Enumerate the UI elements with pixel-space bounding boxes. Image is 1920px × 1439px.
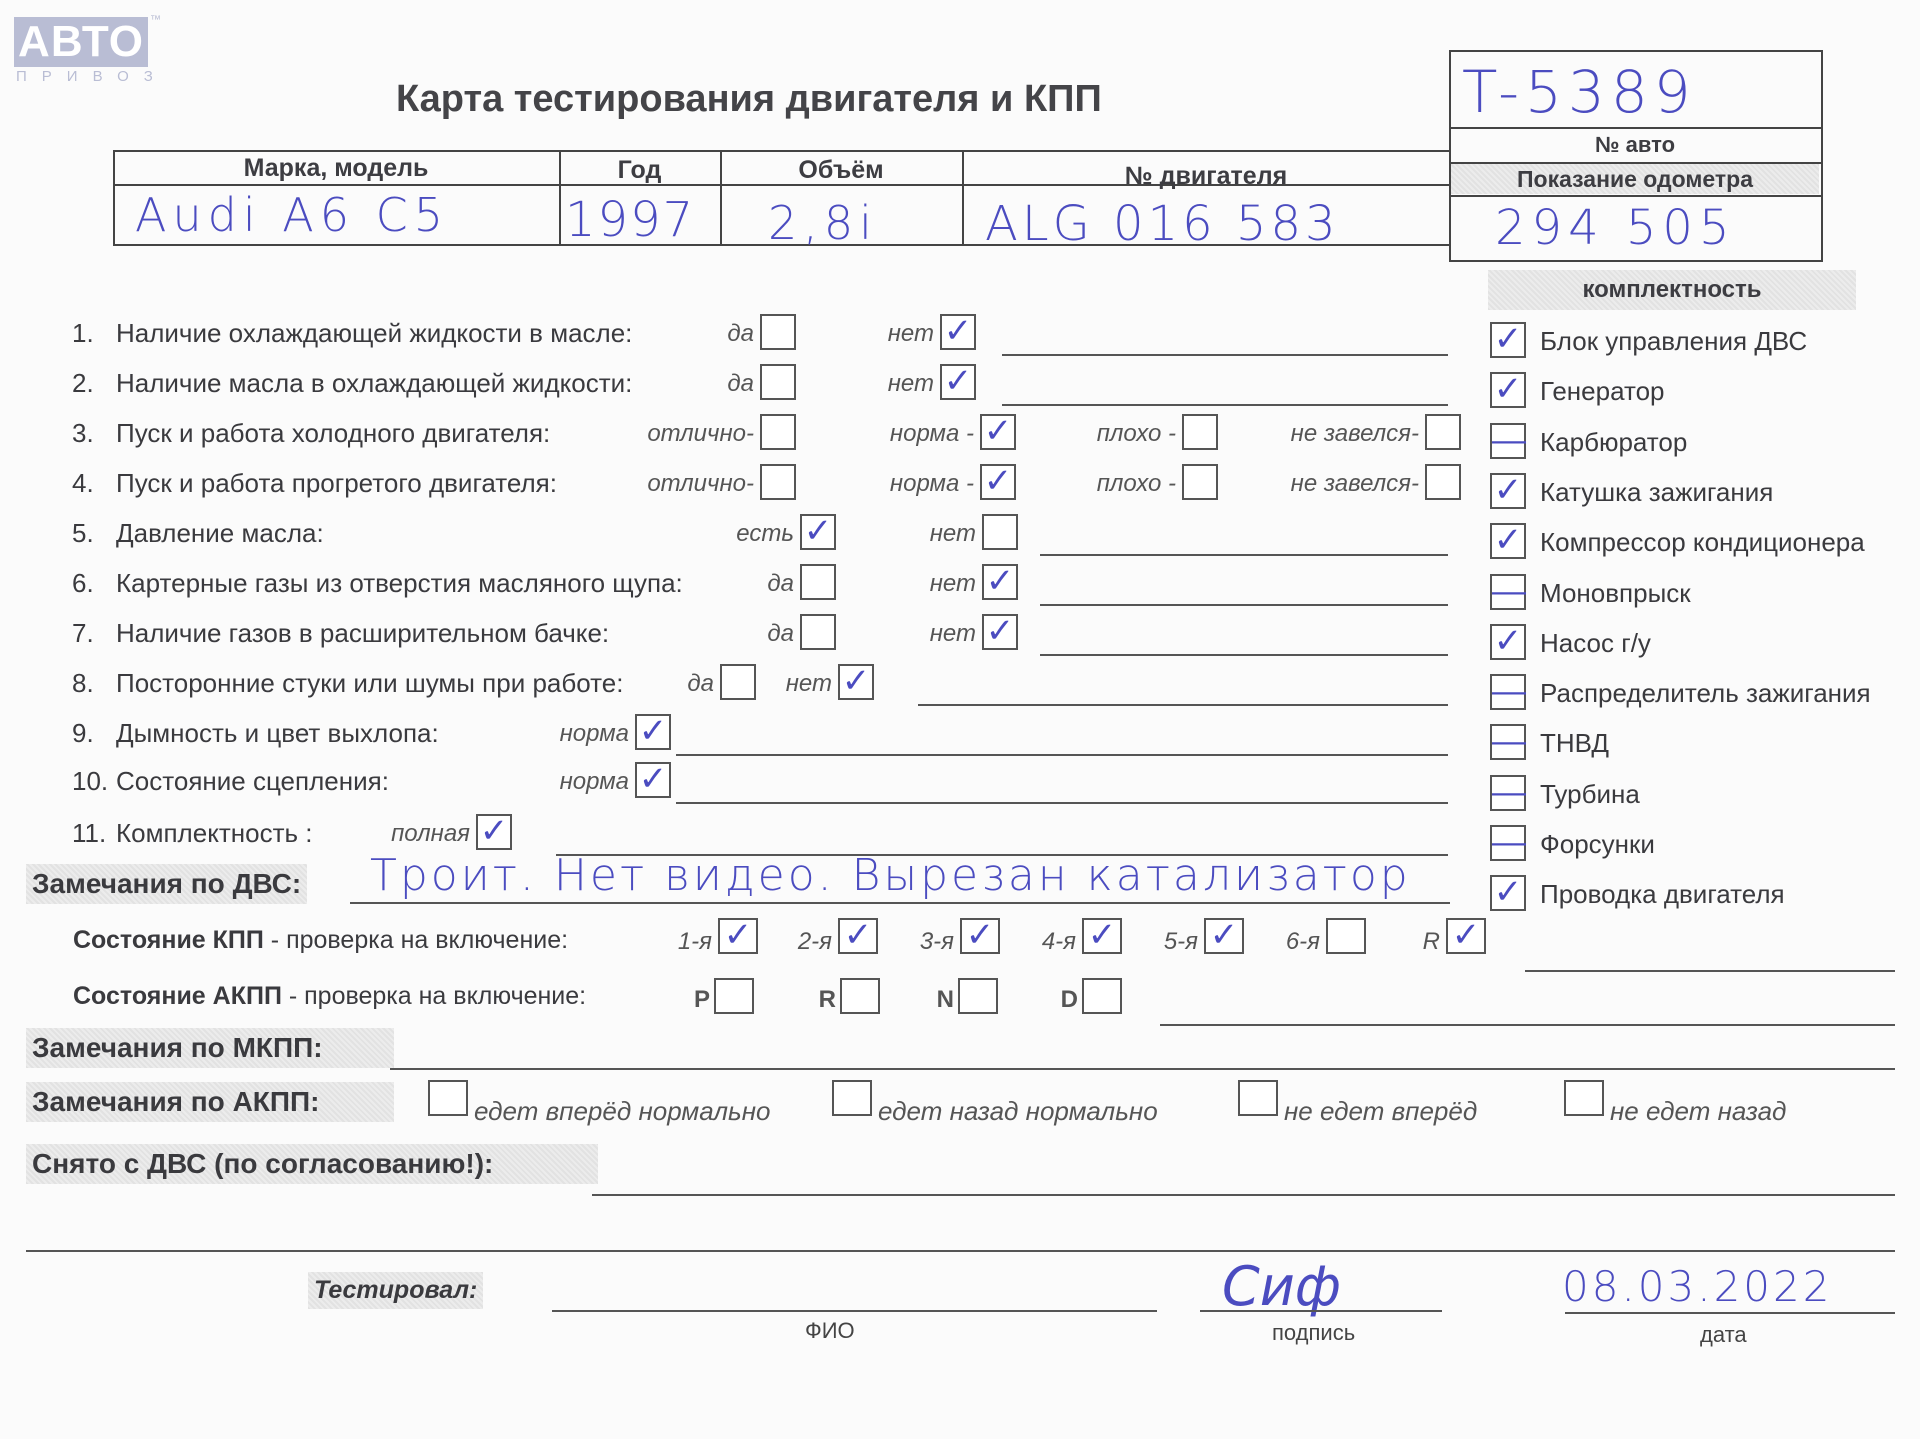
completeness-item-label: Турбина [1540,779,1880,810]
gear-checkbox[interactable] [1082,978,1122,1014]
question-text: Состояние сцепления: [116,766,816,797]
gear-checkbox[interactable]: ✓ [718,918,758,954]
note-line[interactable] [1040,654,1448,656]
manual-gearbox-label: Состояние КПП - проверка на включение: [73,926,568,955]
gear-checkbox[interactable] [1326,918,1366,954]
akpp-option-checkbox[interactable] [428,1080,468,1116]
logo: АВТО [14,17,148,67]
option-checkbox[interactable] [1425,464,1461,500]
removed-input[interactable] [592,1194,1895,1196]
option-checkbox[interactable]: ✓ [940,364,976,400]
completeness-item-label: Карбюратор [1540,427,1880,458]
option-label: да [640,620,794,648]
completeness-item-label: Компрессор кондиционера [1540,527,1880,558]
completeness-checkbox[interactable]: ✓ [1490,523,1526,559]
manual-gearbox-rest: - проверка на включение: [264,926,568,954]
akpp-option-checkbox[interactable] [832,1080,872,1116]
completeness-item-label: Проводка двигателя [1540,879,1880,910]
check-mark-icon: ✓ [720,920,756,950]
gear-label: 2-я [778,928,832,956]
gear-label: N [928,986,954,1014]
check-mark-icon: ✓ [840,666,872,696]
car-number-label: № авто [1449,132,1821,158]
option-checkbox[interactable]: ✓ [982,564,1018,600]
option-label: да [600,370,754,398]
option-label: плохо - [1022,420,1176,448]
option-label: норма [475,768,629,796]
gear-checkbox[interactable] [840,978,880,1014]
option-checkbox[interactable] [760,464,796,500]
option-checkbox[interactable]: ✓ [940,314,976,350]
check-mark-icon: ✓ [1084,920,1120,950]
akpp-option-label: не едет вперёд [1284,1096,1477,1127]
completeness-item-label: Генератор [1540,376,1880,407]
akpp-remarks-label: Замечания по АКПП: [26,1082,394,1122]
check-mark-icon: ✓ [1492,374,1524,404]
completeness-checkbox[interactable]: ✓ [1490,473,1526,509]
question-number: 7. [72,618,112,649]
gear-label: 5-я [1144,928,1198,956]
gear-label: D [1052,986,1078,1014]
completeness-checkbox[interactable]: ✓ [1490,322,1526,358]
completeness-checkbox[interactable]: — [1490,574,1526,610]
signature-value[interactable]: Сиф [1222,1255,1341,1318]
completeness-checkbox[interactable]: ✓ [1490,875,1526,911]
note-line[interactable] [1002,404,1448,406]
option-label: да [640,570,794,598]
completeness-checkbox[interactable]: — [1490,724,1526,760]
option-label: нет [822,620,976,648]
completeness-checkbox[interactable]: ✓ [1490,372,1526,408]
question-number: 8. [72,668,112,699]
check-mark-icon: ✓ [1492,525,1524,555]
option-checkbox[interactable]: ✓ [476,814,512,850]
question-number: 10. [72,766,112,797]
question-number: 6. [72,568,112,599]
engine-remarks-value[interactable]: Троит. Нет видео. Вырезан катализатор [370,850,1411,901]
completeness-checkbox[interactable]: — [1490,825,1526,861]
odometer-label: Показание одометра [1451,164,1819,194]
option-label: отлично- [600,470,754,498]
removed-label: Снято с ДВС (по согласованию!): [26,1144,598,1184]
completeness-item-label: Блок управления ДВС [1540,326,1880,357]
check-mark-icon: — [1492,827,1524,857]
check-mark-icon: ✓ [840,920,876,950]
gear-label: 3-я [900,928,954,956]
check-mark-icon: — [1492,425,1524,455]
question-number: 11. [72,818,112,849]
note-line[interactable] [1002,354,1448,356]
gear-checkbox[interactable]: ✓ [960,918,1000,954]
note-line[interactable] [1040,604,1448,606]
completeness-item-label: Распределитель зажигания [1540,678,1880,709]
gear-checkbox[interactable]: ✓ [1082,918,1122,954]
option-checkbox[interactable]: ✓ [635,762,671,798]
check-mark-icon: ✓ [962,920,998,950]
completeness-item-label: Катушка зажигания [1540,477,1880,508]
check-mark-icon: — [1492,576,1524,606]
gear-label: R [1386,928,1440,956]
option-checkbox[interactable]: ✓ [635,714,671,750]
gear-label: P [684,986,710,1014]
mkpp-remarks-label: Замечания по МКПП: [26,1028,394,1068]
year-value[interactable]: 1997 [565,192,695,248]
question-number: 5. [72,518,112,549]
logo-subtitle: ПРИВОЗ [16,68,168,85]
completeness-item-label: Моновпрыск [1540,578,1880,609]
check-mark-icon: ✓ [942,366,974,396]
date-label: дата [1700,1322,1747,1348]
option-label: отлично- [600,420,754,448]
question-number: 9. [72,718,112,749]
col-volume: Объём [720,156,962,185]
note-line[interactable] [1040,554,1448,556]
check-mark-icon: ✓ [1492,877,1524,907]
check-mark-icon: ✓ [478,816,510,846]
odometer-value[interactable]: 294 505 [1495,200,1736,256]
page-title: Карта тестирования двигателя и КПП [396,78,1102,121]
option-label: нет [780,370,934,398]
option-checkbox[interactable] [760,414,796,450]
option-label: не завелся- [1265,420,1419,448]
option-label: плохо - [1022,470,1176,498]
completeness-checkbox[interactable]: — [1490,775,1526,811]
gear-label: 1-я [658,928,712,956]
akpp-option-checkbox[interactable] [1238,1080,1278,1116]
option-checkbox[interactable] [1182,414,1218,450]
engine-remarks-label: Замечания по ДВС: [26,864,307,904]
make-model-value[interactable]: Audi A6 C5 [135,188,449,242]
car-number-value[interactable]: T-5389 [1462,58,1697,126]
option-checkbox[interactable]: ✓ [838,664,874,700]
question-number: 1. [72,318,112,349]
auto-gearbox-rest: - проверка на включение: [282,982,586,1010]
check-mark-icon: ✓ [1492,324,1524,354]
option-label: есть [640,520,794,548]
manual-gearbox-bold: Состояние КПП [73,926,264,954]
gear-label: 6-я [1266,928,1320,956]
option-checkbox[interactable]: ✓ [980,414,1016,450]
engine-number-value[interactable]: ALG 016 583 [985,196,1340,252]
question-number: 4. [72,468,112,499]
gear-checkbox[interactable]: ✓ [1204,918,1244,954]
signature-label: подпись [1272,1320,1355,1346]
note-line[interactable] [676,754,1448,756]
check-mark-icon: ✓ [1492,475,1524,505]
gear-checkbox[interactable]: ✓ [1446,918,1486,954]
date-value[interactable]: 08.03.2022 [1562,1262,1832,1311]
check-mark-icon: ✓ [637,764,669,794]
check-mark-icon: — [1492,676,1524,706]
akpp-option-checkbox[interactable] [1564,1080,1604,1116]
tested-by-label: Тестировал: [308,1272,483,1309]
question-text: Дымность и цвет выхлопа: [116,718,816,749]
option-checkbox[interactable] [1425,414,1461,450]
completeness-item-label: Насос г/у [1540,628,1880,659]
option-label: норма - [820,470,974,498]
volume-value[interactable]: 2,8i [768,196,878,250]
option-checkbox[interactable]: ✓ [982,614,1018,650]
option-label: нет [780,320,934,348]
akpp-option-label: не едет назад [1610,1096,1786,1127]
gear-label: 4-я [1022,928,1076,956]
question-number: 3. [72,418,112,449]
check-mark-icon: — [1492,726,1524,756]
completeness-title: комплектность [1488,270,1856,310]
col-make-model: Марка, модель [113,154,559,183]
auto-gearbox-bold: Состояние АКПП [73,982,282,1010]
note-line[interactable] [676,802,1448,804]
option-label: не завелся- [1265,470,1419,498]
note-line[interactable] [918,704,1448,706]
check-mark-icon: ✓ [1492,626,1524,656]
completeness-checkbox[interactable]: ✓ [1490,624,1526,660]
check-mark-icon: ✓ [984,616,1016,646]
check-mark-icon: ✓ [1448,920,1484,950]
option-checkbox[interactable] [982,514,1018,550]
completeness-checkbox[interactable]: — [1490,423,1526,459]
akpp-option-label: едет назад нормально [878,1096,1158,1127]
option-label: нет [678,670,832,698]
check-mark-icon: ✓ [982,416,1014,446]
col-year: Год [559,156,720,185]
option-label: норма [475,720,629,748]
col-engine-number: № двигателя [962,162,1450,191]
gear-label: R [810,986,836,1014]
check-mark-icon: ✓ [982,466,1014,496]
completeness-checkbox[interactable]: — [1490,674,1526,710]
option-label: нет [822,570,976,598]
option-label: норма - [820,420,974,448]
completeness-item-label: Форсунки [1540,829,1880,860]
option-label: полная [316,820,470,848]
check-mark-icon: ✓ [1206,920,1242,950]
fio-input[interactable] [552,1310,1157,1312]
check-mark-icon: — [1492,777,1524,807]
gear-checkbox[interactable]: ✓ [838,918,878,954]
completeness-item-label: ТНВД [1540,728,1880,759]
check-mark-icon: ✓ [637,716,669,746]
fio-label: ФИО [805,1318,855,1344]
logo-trademark: ™ [150,14,161,26]
mkpp-remarks-input[interactable] [390,1068,1895,1070]
check-mark-icon: ✓ [942,316,974,346]
option-label: да [600,320,754,348]
gear-checkbox[interactable] [714,978,754,1014]
akpp-option-label: едет вперёд нормально [474,1096,770,1127]
check-mark-icon: ✓ [984,566,1016,596]
option-checkbox[interactable]: ✓ [980,464,1016,500]
question-number: 2. [72,368,112,399]
gear-checkbox[interactable] [958,978,998,1014]
option-label: нет [822,520,976,548]
option-checkbox[interactable] [1182,464,1218,500]
auto-gearbox-label: Состояние АКПП - проверка на включение: [73,982,586,1011]
